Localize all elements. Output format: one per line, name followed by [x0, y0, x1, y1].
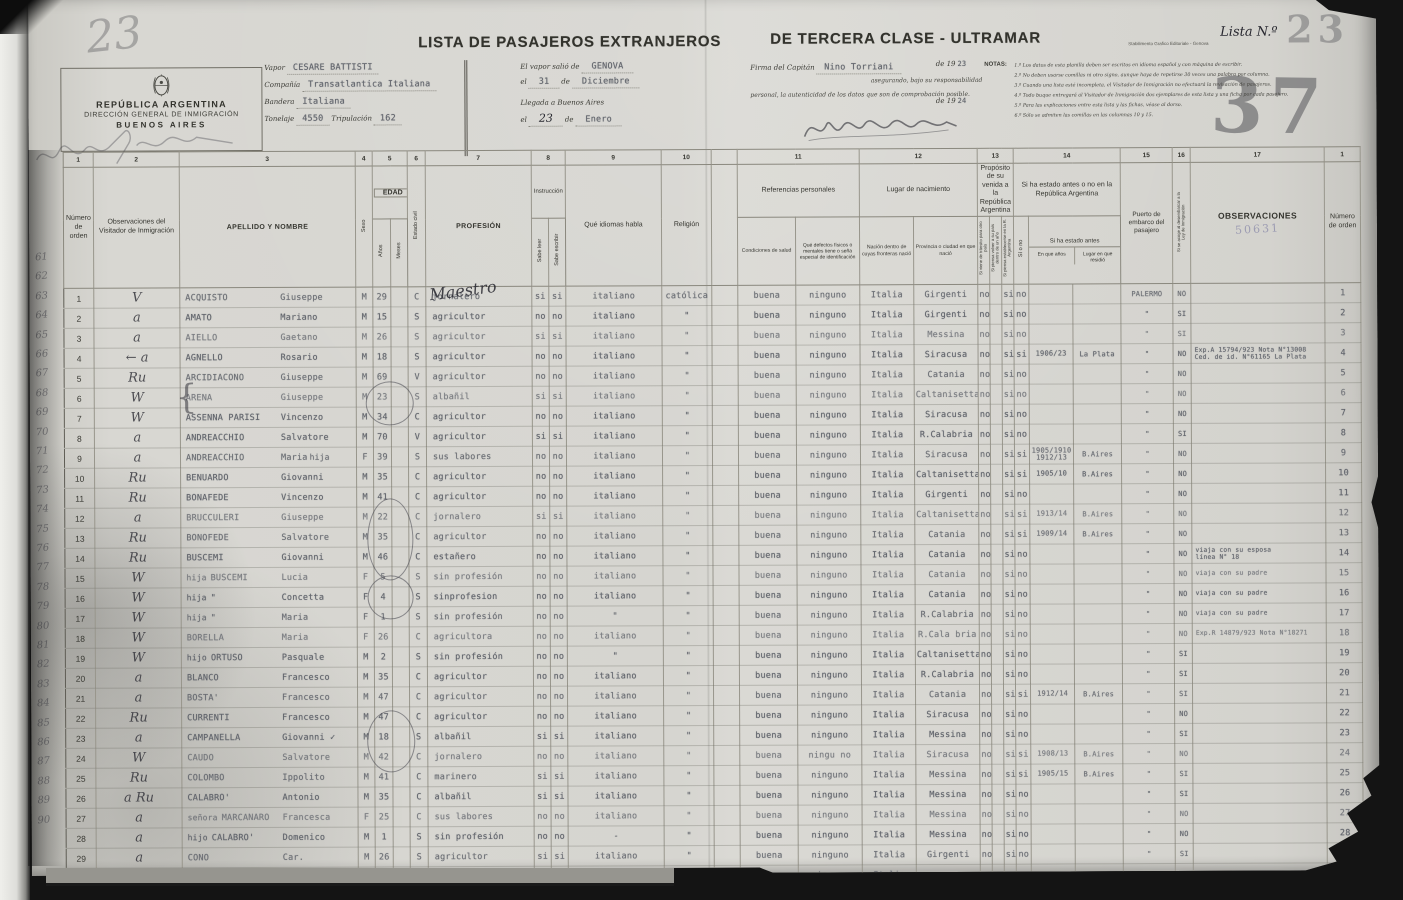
- col-num-2: 2: [93, 152, 179, 167]
- cell-name: COLOMBOIppolito: [182, 767, 358, 788]
- margin-number: 72: [36, 465, 50, 477]
- cell-pu: ": [1121, 304, 1173, 324]
- cell-sx: M: [357, 647, 374, 667]
- cell-sx: M: [357, 487, 374, 507]
- cell-n: 3: [64, 329, 94, 349]
- cell-le: no: [533, 627, 550, 647]
- cell-p3: no: [1014, 384, 1029, 404]
- cell-id: italiano: [567, 506, 663, 526]
- cell-lr: [1075, 724, 1123, 744]
- header-idiomas: Qué idiomas habla: [565, 165, 662, 287]
- tonelaje-value: 4550: [296, 114, 329, 126]
- cell-sa: buena: [738, 425, 796, 445]
- cell-pe: [992, 825, 1004, 845]
- cell-ay: [1030, 644, 1074, 664]
- cell-id: italiano: [567, 626, 663, 646]
- cell-rl: ": [663, 666, 713, 686]
- el-label-2: el: [521, 116, 527, 124]
- cell-n: 27: [66, 809, 96, 829]
- cell-p1: no: [979, 665, 991, 685]
- cell-gp: [712, 406, 738, 426]
- cell-name: ARCIDIACONOGiuseppe: [180, 367, 356, 388]
- cell-pe: [991, 545, 1003, 565]
- cell-es: si: [549, 426, 566, 446]
- salio-port: GENOVA: [582, 61, 634, 73]
- cell-sx: F: [357, 627, 374, 647]
- header-provincia: Provincia o ciudad en que nació: [913, 217, 977, 285]
- cell-n2: 23: [1327, 723, 1363, 743]
- cell-pe: [992, 785, 1004, 805]
- cell-p1: no: [979, 545, 991, 565]
- cell-na: Italia: [861, 525, 915, 545]
- cell-lr: [1075, 704, 1123, 724]
- margin-number: 77: [36, 562, 50, 574]
- cell-c6: NO: [1173, 404, 1191, 424]
- cell-me: [393, 827, 410, 847]
- cell-pf: albañil: [428, 727, 534, 747]
- cell-c6: NO: [1173, 364, 1191, 384]
- cell-n2: 2: [1325, 303, 1361, 323]
- cell-name: ANDREACCHIOMariahija: [180, 447, 356, 468]
- cell-p3: no: [1015, 664, 1030, 684]
- table-edge-strip: [46, 868, 674, 883]
- cell-df: ninguno: [797, 565, 861, 585]
- cell-pv: R.Calabria: [915, 605, 979, 625]
- cell-pu: ": [1122, 544, 1174, 564]
- en-que-anos-label: En que años: [1029, 247, 1075, 264]
- cell-n2: 22: [1327, 703, 1363, 723]
- cell-lr: B.Aires: [1073, 444, 1121, 464]
- tripulacion-value: 162: [374, 113, 402, 125]
- cell-n: 11: [65, 489, 95, 509]
- cell-pf: sus labores: [426, 447, 532, 467]
- cell-p1: [980, 865, 992, 885]
- cell-c6: SI: [1175, 724, 1193, 744]
- header-edad: EDAD: [372, 166, 407, 219]
- cell-le: si: [534, 727, 551, 747]
- cell-ay: [1030, 664, 1074, 684]
- cell-sa: buena: [739, 565, 797, 585]
- cell-gp: [714, 706, 740, 726]
- pencil-circle: [367, 710, 415, 772]
- margin-number: 85: [37, 717, 51, 729]
- given-name: Car.: [283, 853, 304, 863]
- cell-p2: si: [1004, 825, 1016, 845]
- cell-sx: M: [356, 307, 373, 327]
- cell-sa: buena: [740, 725, 798, 745]
- cell-name: ASSENNA PARISIVincenzo: [180, 407, 356, 428]
- cell-n: 10: [65, 469, 95, 489]
- cell-ay: 1905/10: [1030, 464, 1074, 484]
- cell-mk: Ru: [95, 488, 181, 508]
- cell-na: Italia: [860, 305, 914, 325]
- cell-ay: 1908/13: [1031, 744, 1075, 764]
- cell-es: no: [550, 586, 567, 606]
- cell-df: ninguno: [796, 325, 860, 345]
- cell-rl: ": [662, 386, 712, 406]
- cell-p3: si: [1014, 444, 1029, 464]
- cell-df: ninguno: [798, 765, 862, 785]
- cell-p1: no: [980, 765, 992, 785]
- cell-na: Italia: [861, 505, 915, 525]
- cell-pe: [991, 585, 1003, 605]
- header-profesion: PROFESIÓN: [425, 165, 532, 287]
- cell-p2: si: [1004, 785, 1016, 805]
- cell-id: italiano: [566, 366, 662, 386]
- col-num-4: 4: [355, 151, 372, 166]
- cell-an: 47: [375, 687, 393, 707]
- cell-p3: no: [1015, 564, 1030, 584]
- cell-p3: si: [1015, 524, 1030, 544]
- cell-cv: S: [409, 647, 427, 667]
- cell-ay: [1030, 484, 1074, 504]
- header-group-row: Número de orden Observaciones del Visita…: [63, 162, 1360, 221]
- cell-p2: si: [1002, 325, 1014, 345]
- cell-pe: [991, 645, 1003, 665]
- given-name: Giuseppe: [281, 373, 324, 383]
- cell-pv: Girgenti: [914, 305, 978, 325]
- cell-le: no: [532, 307, 549, 327]
- cell-le: no: [533, 607, 550, 627]
- cell-sa: buena: [739, 505, 797, 525]
- cell-p1: no: [979, 485, 991, 505]
- cell-ob: viaja con su esposa línea N° 18: [1192, 543, 1326, 564]
- cell-lr: [1073, 304, 1121, 324]
- cell-pf: sin profesión: [427, 607, 533, 627]
- cell-p2: si: [1002, 305, 1014, 325]
- cell-pu: ": [1123, 704, 1175, 724]
- cell-lr: [1074, 664, 1122, 684]
- cell-mk: a: [94, 328, 180, 348]
- cell-sx: M: [358, 767, 375, 787]
- cell-df: ninguno: [798, 845, 862, 865]
- cell-le: no: [533, 667, 550, 687]
- cell-name: hijaBUSCEMILucia: [181, 567, 357, 588]
- cell-ob: [1193, 683, 1327, 704]
- cell-id: italiano: [568, 706, 664, 726]
- cell-c6: NO: [1173, 284, 1191, 304]
- margin-number: 69: [35, 407, 49, 419]
- cell-me: [392, 467, 409, 487]
- cell-name: BRUCCULERIGiuseppe: [181, 507, 357, 528]
- cell-pf: agricultor: [427, 527, 533, 547]
- cell-mk: a: [94, 428, 180, 448]
- cell-an: 1: [375, 827, 393, 847]
- tonelaje-label: Tonelaje: [265, 115, 295, 123]
- cell-pv: Messina: [914, 325, 978, 345]
- cell-le: si: [534, 787, 551, 807]
- cell-c6: SI: [1173, 424, 1191, 444]
- cell-es: no: [550, 566, 567, 586]
- cell-pu: ": [1123, 784, 1175, 804]
- cell-p2: si: [1002, 345, 1014, 365]
- cell-sa: buena: [739, 625, 797, 645]
- cell-lr: [1075, 824, 1123, 844]
- cell-ay: [1030, 584, 1074, 604]
- cell-lr: La Plata: [1073, 344, 1121, 364]
- cell-rl: ": [662, 426, 712, 446]
- cell-pf: agricultor: [428, 687, 534, 707]
- cell-sa: buena: [738, 385, 796, 405]
- cell-sx: M: [358, 827, 375, 847]
- header-puerto: Puerto de embarco del pasajero: [1120, 163, 1173, 285]
- cell-n: 21: [66, 689, 96, 709]
- cell-df: ninguno: [797, 625, 861, 645]
- cell-mk: W: [96, 748, 182, 768]
- cell-gp: [712, 366, 738, 386]
- cell-pe: [992, 685, 1004, 705]
- surname: ARENA: [186, 393, 270, 403]
- cell-df: ninguno: [796, 425, 860, 445]
- cell-es: si: [549, 326, 566, 346]
- cell-p1: no: [979, 645, 991, 665]
- cell-n2: 1: [1325, 283, 1361, 303]
- cell-na: Italia: [862, 725, 916, 745]
- cell-ay: [1030, 604, 1074, 624]
- cell-me: [393, 807, 410, 827]
- cell-rl: ": [664, 766, 714, 786]
- cell-lr: [1073, 384, 1121, 404]
- cell-p3: si: [1014, 344, 1029, 364]
- cell-na: Italia: [861, 545, 915, 565]
- cell-p1: no: [979, 565, 991, 585]
- cell-ay: [1031, 844, 1075, 864]
- cell-sa: buena: [740, 865, 798, 885]
- cell-n: 22: [66, 709, 96, 729]
- cell-df: ninguno: [797, 665, 861, 685]
- cell-gp: [714, 846, 740, 866]
- cell-n2: 21: [1327, 683, 1363, 703]
- given-name: Mariahija: [281, 453, 330, 463]
- cell-cv: S: [408, 307, 426, 327]
- cell-lr: [1073, 324, 1121, 344]
- cell-pv: Girgenti: [915, 485, 979, 505]
- cell-le: si: [534, 767, 551, 787]
- given-name: Pasquale: [282, 653, 325, 663]
- cell-mk: W: [94, 388, 180, 408]
- cell-pu: ": [1122, 604, 1174, 624]
- cell-cv: S: [408, 327, 426, 347]
- cell-es: no: [549, 446, 566, 466]
- cell-p3: si: [1016, 764, 1031, 784]
- cell-rl: ": [663, 586, 713, 606]
- cell-sa: buena: [739, 525, 797, 545]
- header-si-ha-estado: Si ha estado antes En que años Lugar en …: [1028, 216, 1120, 284]
- cell-name: BUSCEMIGiovanni: [181, 547, 357, 568]
- cell-na: Italia: [862, 805, 916, 825]
- surname: ACQUISTO: [185, 293, 269, 303]
- cell-gp: [713, 486, 739, 506]
- cell-n2: 26: [1327, 783, 1363, 803]
- cell-p2: si: [1003, 665, 1015, 685]
- header-si-o-no: Sí o no: [1013, 216, 1028, 284]
- cell-pv: Messina: [916, 725, 980, 745]
- surname: COLOMBO: [187, 773, 271, 783]
- cell-an: 29: [373, 287, 391, 307]
- cell-na: Italia: [861, 625, 915, 645]
- captain-label: Firma del Capitán: [750, 64, 814, 72]
- cell-na: Italia: [862, 825, 916, 845]
- header-defectos: Qué defectos físicos o mentales tiene o …: [795, 217, 859, 285]
- cell-pu: ": [1122, 464, 1174, 484]
- cell-mk: a: [95, 508, 181, 528]
- given-name: Lucia: [282, 573, 309, 583]
- cell-lr: [1074, 624, 1122, 644]
- cell-es: si: [549, 287, 566, 307]
- cell-p3: no: [1014, 284, 1029, 304]
- cell-p1: no: [978, 325, 990, 345]
- cell-name: CURRENTIFrancesco: [182, 707, 358, 728]
- cell-name: CONOCar.: [182, 847, 358, 868]
- surname: BLANCO: [187, 673, 271, 683]
- llegada-label: Llegada a Buenos Aires: [520, 98, 604, 106]
- cell-mk: Ru: [96, 708, 182, 728]
- cell-pf: jornalero: [428, 747, 534, 767]
- cell-id: italiano: [568, 766, 664, 786]
- given-name: Rosario: [281, 353, 318, 363]
- cell-cv: V: [408, 427, 426, 447]
- cell-n2: 9: [1325, 443, 1361, 463]
- cell-name: CAUDOSalvatore: [182, 747, 358, 768]
- cell-ob: [1193, 783, 1327, 804]
- cell-id: italiano: [567, 486, 663, 506]
- margin-number: 82: [37, 659, 51, 671]
- cell-n: 8: [64, 429, 94, 449]
- cell-df: ninguno: [797, 525, 861, 545]
- given-name: Francesco: [282, 713, 330, 723]
- cell-sa: buena: [739, 605, 797, 625]
- cell-pf: sinprofesion: [427, 587, 533, 607]
- cell-pf: agricultor: [426, 367, 532, 387]
- notas-box: NOTAS: 1.º Los datos de esta planilla de…: [984, 60, 1292, 149]
- cell-lr: [1075, 844, 1123, 864]
- cell-le: no: [533, 547, 550, 567]
- cell-na: Italia: [861, 605, 915, 625]
- cell-c6: SI: [1175, 764, 1193, 784]
- cell-gp: [713, 646, 739, 666]
- cell-es: no: [550, 626, 567, 646]
- cell-sa: buena: [738, 305, 796, 325]
- cell-ay: [1030, 564, 1074, 584]
- cell-ay: [1029, 364, 1073, 384]
- cell-df: ninguno: [798, 865, 862, 885]
- cell-pv: Siracusa: [916, 745, 980, 765]
- cell-mk: a: [95, 668, 181, 688]
- cell-na: Italia: [861, 485, 915, 505]
- cell-rl: ": [662, 366, 712, 386]
- cell-ob: [1193, 703, 1327, 724]
- cell-ob: [1193, 723, 1327, 744]
- cell-an: 35: [374, 467, 392, 487]
- margin-number: 74: [36, 504, 50, 516]
- cell-gp: [712, 386, 738, 406]
- cell-pf: sin profesión: [427, 567, 533, 587]
- cell-n: 14: [65, 549, 95, 569]
- cell-n2: 14: [1326, 543, 1362, 563]
- cell-me: [391, 307, 408, 327]
- header-proposito-sub3: Si piensa establecerse en la R. Argentin…: [1001, 217, 1013, 285]
- cell-pf: agricultor: [426, 307, 532, 327]
- cell-pv: R.Cala bria: [915, 625, 979, 645]
- cell-id: ": [567, 646, 663, 666]
- cell-n2: 17: [1326, 603, 1362, 623]
- captain-signature: [798, 112, 968, 147]
- bandera-label: Bandera: [264, 98, 294, 106]
- surname: BORELLA: [187, 633, 271, 643]
- bandera-value: Italiana: [296, 97, 351, 109]
- cell-name: señoraMARCANAROFrancesca: [182, 807, 358, 828]
- cell-ob: [1193, 763, 1327, 784]
- col-num-6: 6: [407, 151, 425, 166]
- cell-df: ninguno: [797, 485, 861, 505]
- cell-p3: no: [1014, 364, 1029, 384]
- cell-p2: si: [1003, 645, 1015, 665]
- cell-df: ninguno: [797, 685, 861, 705]
- cell-cv: C: [409, 667, 427, 687]
- cell-p1: no: [979, 505, 991, 525]
- cell-name: ACQUISTOGiuseppe: [180, 287, 356, 308]
- margin-number: 90: [37, 814, 51, 826]
- cell-id: italiano: [566, 346, 662, 366]
- cell-ob: [1191, 303, 1325, 324]
- cell-lr: [1075, 784, 1123, 804]
- surname: CAUDO: [187, 753, 271, 763]
- surname: ANDREACCHIO: [186, 453, 270, 463]
- cell-id: italiano: [567, 586, 663, 606]
- header-cond-salud: Condiciones de salud: [737, 217, 795, 285]
- given-name: Giovanni ✓: [282, 733, 335, 743]
- margin-number: 63: [35, 290, 49, 302]
- cell-an: 70: [373, 427, 391, 447]
- given-name: Mariano: [280, 313, 317, 323]
- cell-gp: [713, 526, 739, 546]
- header-gap-column: [711, 164, 738, 285]
- cell-na: Italia: [860, 425, 914, 445]
- cell-p2: si: [1004, 705, 1016, 725]
- cell-lr: B.Aires: [1074, 504, 1122, 524]
- cell-pf: agricultor: [426, 407, 532, 427]
- cell-id: italiano: [567, 566, 663, 586]
- cell-rl: ": [663, 486, 713, 506]
- cell-df: ninguno: [796, 365, 860, 385]
- cell-pv: Messina: [916, 765, 980, 785]
- header-sabe-leer: Sabe leer: [531, 219, 548, 287]
- cell-ob: [1193, 843, 1327, 864]
- cell-n2: 20: [1326, 663, 1362, 683]
- cell-rl: ": [664, 746, 714, 766]
- cell-pe: [992, 725, 1004, 745]
- cell-name: AGNELLORosario: [180, 347, 356, 368]
- pencil-brace: {: [176, 377, 198, 417]
- cell-p1: no: [980, 805, 992, 825]
- cell-id: italiano: [567, 466, 663, 486]
- cell-cv: S: [408, 447, 426, 467]
- cell-p1: no: [978, 405, 990, 425]
- cell-pe: [991, 465, 1003, 485]
- surname: CALABRO': [187, 793, 271, 803]
- cell-id: italiano: [568, 846, 664, 866]
- margin-number: 86: [37, 736, 51, 748]
- cell-gp: [713, 586, 739, 606]
- cell-c6: NO: [1175, 744, 1193, 764]
- cell-pv: Siracusa: [914, 405, 978, 425]
- cell-rl: ": [664, 826, 714, 846]
- cell-c6: SI: [1175, 784, 1193, 804]
- cell-es: no: [550, 666, 567, 686]
- cell-p1: no: [978, 425, 990, 445]
- header-observaciones: OBSERVACIONES 50631: [1190, 162, 1325, 284]
- cell-na: Italia: [861, 685, 915, 705]
